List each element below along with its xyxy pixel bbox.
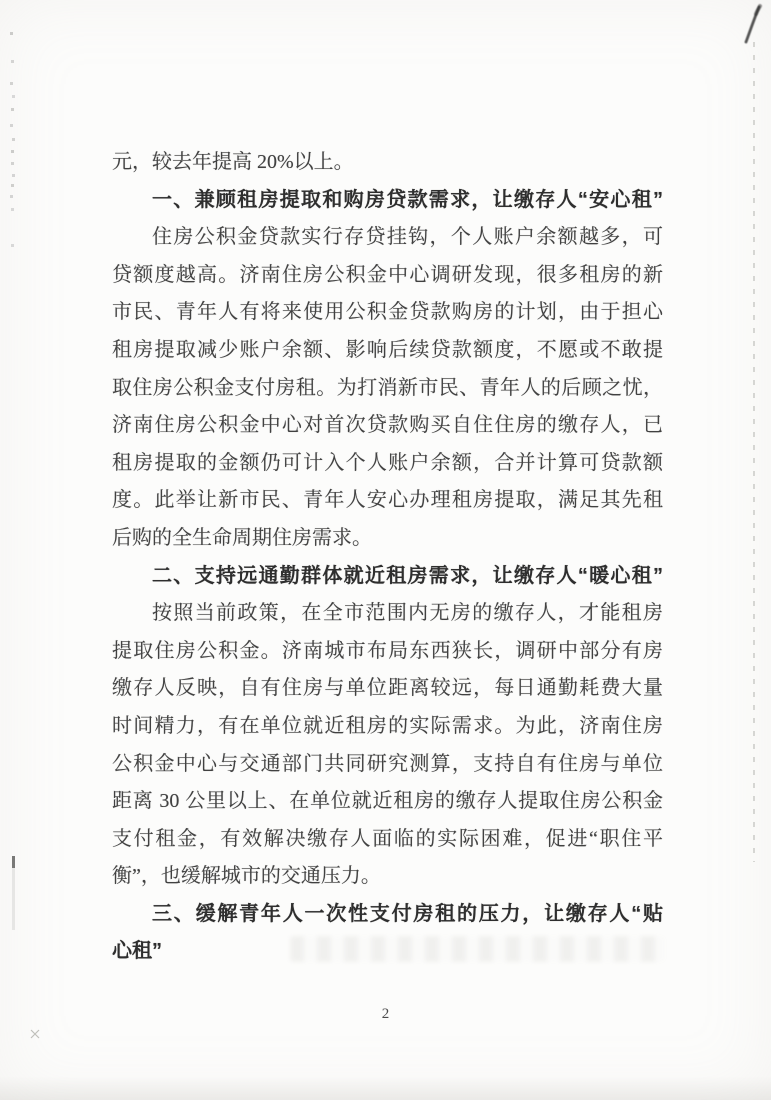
text-line: 时间精力，有在单位就近租房的实际需求。为此，济南住房 bbox=[112, 708, 663, 746]
text-line: 市民、青年人有将来使用公积金贷款购房的计划，由于担心 bbox=[112, 294, 663, 332]
text-line: 缴存人反映，自有住房与单位距离较远，每日通勤耗费大量 bbox=[112, 670, 663, 708]
text-line: 距离 30 公里以上、在单位就近租房的缴存人提取住房公积金 bbox=[112, 783, 663, 821]
text-line: 租房提取减少账户余额、影响后续贷款额度，不愿或不敢提 bbox=[112, 332, 663, 370]
text-line: 提取住房公积金。济南城市布局东西狭长，调研中部分有房 bbox=[112, 633, 663, 671]
text-line: 公积金中心与交通部门共同研究测算，支持自有住房与单位 bbox=[112, 746, 663, 784]
left-edge-dash-mark bbox=[12, 856, 15, 868]
text-line: 按照当前政策，在全市范围内无房的缴存人，才能租房 bbox=[112, 595, 663, 633]
section-heading-3: 三、缓解青年人一次性支付房租的压力，让缴存人“贴 bbox=[112, 896, 663, 934]
bleed-through-specks bbox=[10, 32, 13, 35]
text-line: 支付租金，有效解决缴存人面临的实际困难，促进“职住平 bbox=[112, 821, 663, 859]
text-line: 度。此举让新市民、青年人安心办理租房提取，满足其先租 bbox=[112, 482, 663, 520]
page-number: 2 bbox=[0, 1006, 771, 1023]
text-line: 后购的全生命周期住房需求。 bbox=[112, 520, 663, 558]
scanned-document-page: 元，较去年提高 20%以上。 一、兼顾租房提取和购房贷款需求，让缴存人“安心租”… bbox=[0, 0, 771, 1100]
text-line: 住房公积金贷款实行存贷挂钩，个人账户余额越多，可 bbox=[112, 219, 663, 257]
fold-shadow-line bbox=[753, 42, 755, 862]
text-line: 元，较去年提高 20%以上。 bbox=[112, 144, 663, 182]
text-line: 济南住房公积金中心对首次贷款购买自住住房的缴存人，已 bbox=[112, 407, 663, 445]
section-heading-2: 二、支持远通勤群体就近租房需求，让缴存人“暖心租” bbox=[112, 558, 663, 596]
section-heading-1: 一、兼顾租房提取和购房贷款需求，让缴存人“安心租” bbox=[112, 182, 663, 220]
left-edge-smudge bbox=[12, 868, 15, 930]
scan-bottom-shade bbox=[0, 1076, 771, 1100]
x-speck-mark bbox=[30, 1026, 40, 1044]
text-line: 租房提取的金额仍可计入个人账户余额，合并计算可贷款额 bbox=[112, 445, 663, 483]
text-line: 取住房公积金支付房租。为打消新市民、青年人的后顾之忧， bbox=[112, 370, 663, 408]
section-heading-3-cont: 心租” bbox=[112, 933, 663, 971]
text-line: 贷额度越高。济南住房公积金中心调研发现，很多租房的新 bbox=[112, 257, 663, 295]
text-line: 衡”，也缓解城市的交通压力。 bbox=[112, 858, 663, 896]
document-text-block: 元，较去年提高 20%以上。 一、兼顾租房提取和购房贷款需求，让缴存人“安心租”… bbox=[112, 144, 663, 971]
